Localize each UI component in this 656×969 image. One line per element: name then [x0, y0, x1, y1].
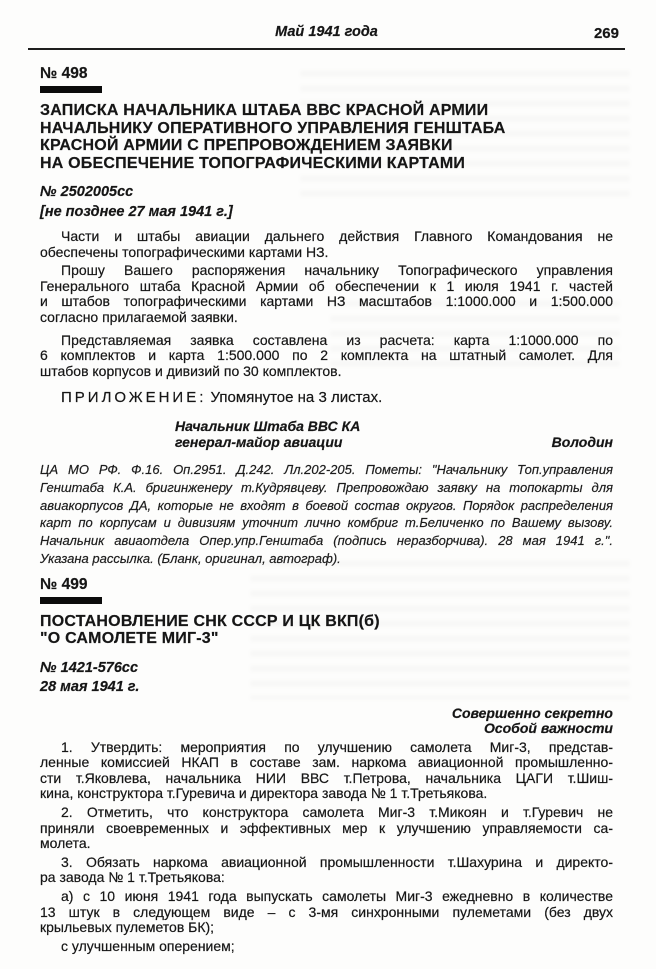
text-line: согласно прилагаемой заявки.	[40, 310, 613, 326]
document-body: 1. Утвердить: мероприятия по улучшению с…	[40, 740, 613, 955]
text-line: с улучшенным оперением;	[40, 939, 613, 955]
document-ref-number: № 2502005сс	[40, 183, 613, 203]
document-body: Части и штабы авиации дальнего действия …	[40, 229, 613, 379]
running-head-month: Май 1941 года	[40, 24, 613, 40]
text-line: НАЧАЛЬНИКУ ОПЕРАТИВНОГО УПРАВЛЕНИЯ ГЕНШТ…	[40, 120, 613, 138]
text-line: обеспечены топографическими картами НЗ.	[40, 245, 613, 261]
text-line: 13 штук в следующем виде – с 3-мя синхро…	[40, 905, 613, 921]
document-number-bar	[40, 597, 102, 604]
paragraph: 1. Утвердить: мероприятия по улучшению с…	[40, 740, 613, 802]
text-line: авиакорпусов ДА, которые не входят в бое…	[40, 497, 613, 515]
text-line: генерал-майор авиации	[175, 435, 613, 451]
text-line: ЗАПИСКА НАЧАЛЬНИКА ШТАБА ВВС КРАСНОЙ АРМ…	[40, 102, 613, 120]
text-line: Представляемая заявка составлена из расч…	[40, 333, 613, 349]
document-title: ЗАПИСКА НАЧАЛЬНИКА ШТАБА ВВС КРАСНОЙ АРМ…	[40, 102, 613, 172]
paragraph: а) с 10 июня 1941 года выпускать самолет…	[40, 889, 613, 936]
signature-position-lines: Начальник Штаба ВВС КАгенерал-майор авиа…	[175, 419, 613, 450]
text-line: приняли своевременных и эффективных мер …	[40, 821, 613, 837]
text-line: крыльевых пулеметов БК);	[40, 920, 613, 936]
text-line: и штабов топографическими картами НЗ мас…	[40, 294, 613, 310]
text-line: Начальник авиаотдела Опер.упр.Генштаба (…	[40, 532, 613, 550]
document-ref-number: № 1421-576сс	[40, 659, 613, 679]
text-line: ЦА МО РФ. Ф.16. Оп.2951. Д.242. Лл.202-2…	[40, 461, 613, 479]
text-line: Генерального штаба Красной Армии об обес…	[40, 279, 613, 295]
page-number: 269	[594, 25, 619, 42]
text-line: Части и штабы авиации дальнего действия …	[40, 229, 613, 245]
text-line: Начальник Штаба ВВС КА	[175, 419, 613, 435]
text-line: Генштаба К.А. бригинженеру т.Кудрявцеву.…	[40, 479, 613, 497]
paragraph: Представляемая заявка составлена из расч…	[40, 333, 613, 380]
text-line: КРАСНОЙ АРМИИ С ПРЕПРОВОЖДЕНИЕМ ЗАЯВКИ	[40, 137, 613, 155]
text-line: НА ОБЕСПЕЧЕНИЕ ТОПОГРАФИЧЕСКИМИ КАРТАМИ	[40, 155, 613, 173]
document-number-label: № 499	[40, 576, 613, 594]
paragraph: Прошу Вашего распоряжения начальнику Топ…	[40, 263, 613, 325]
text-line: молета.	[40, 836, 613, 852]
text-line: Совершенно секретно	[40, 706, 613, 722]
page-content: Май 1941 года 269 № 498 ЗАПИСКА НАЧАЛЬНИ…	[40, 24, 613, 954]
text-line: 2. Отметить, что конструктора самолета М…	[40, 805, 613, 821]
archive-reference-note: ЦА МО РФ. Ф.16. Оп.2951. Д.242. Лл.202-2…	[40, 461, 613, 567]
attachment-text: Упомянутое на 3 листах.	[206, 389, 382, 406]
attachment-label: ПРИЛОЖЕНИЕ:	[61, 389, 206, 406]
text-line: Прошу Вашего распоряжения начальнику Топ…	[40, 263, 613, 279]
document-date-note: [не позднее 27 мая 1941 г.]	[40, 203, 613, 223]
text-line: ра завода № 1 т.Третьякова:	[40, 870, 613, 886]
text-line: 6 комплектов и карта 1:500.000 по 2 комп…	[40, 348, 613, 364]
text-line: а) с 10 июня 1941 года выпускать самолет…	[40, 889, 613, 905]
text-line: ленные комиссией НКАП в составе зам. нар…	[40, 755, 613, 771]
text-line: "О САМОЛЕТЕ МИГ-3"	[40, 630, 613, 648]
text-line: ПОСТАНОВЛЕНИЕ СНК СССР И ЦК ВКП(б)	[40, 613, 613, 631]
paragraph: 2. Отметить, что конструктора самолета М…	[40, 805, 613, 852]
signature-name: Володин	[552, 435, 613, 451]
attachment-line: ПРИЛОЖЕНИЕ: Упомянутое на 3 листах.	[40, 389, 613, 406]
signature-block: Начальник Штаба ВВС КАгенерал-майор авиа…	[175, 419, 613, 450]
text-line: карт по корпусам и дивизиям уточнит личн…	[40, 514, 613, 532]
document-date: 28 мая 1941 г.	[40, 678, 613, 698]
document-499: № 499 ПОСТАНОВЛЕНИЕ СНК СССР И ЦК ВКП(б)…	[40, 576, 613, 955]
paragraph: Части и штабы авиации дальнего действия …	[40, 229, 613, 260]
classification-stamp: Совершенно секретноОсобой важности	[40, 706, 613, 737]
document-meta: № 1421-576сс 28 мая 1941 г.	[40, 659, 613, 698]
text-line: штабов корпусов и дивизий по 30 комплект…	[40, 364, 613, 380]
text-line: Указана рассылка. (Бланк, оригинал, авто…	[40, 550, 613, 568]
paragraph: с улучшенным оперением;	[40, 939, 613, 955]
text-line: Особой важности	[40, 721, 613, 737]
text-line: 1. Утвердить: мероприятия по улучшению с…	[40, 740, 613, 756]
text-line: 3. Обязать наркома авиационной промышлен…	[40, 855, 613, 871]
scanned-document-page: Май 1941 года 269 № 498 ЗАПИСКА НАЧАЛЬНИ…	[0, 0, 656, 969]
document-title: ПОСТАНОВЛЕНИЕ СНК СССР И ЦК ВКП(б)"О САМ…	[40, 613, 613, 648]
document-498: № 498 ЗАПИСКА НАЧАЛЬНИКА ШТАБА ВВС КРАСН…	[40, 65, 613, 568]
document-meta: № 2502005сс [не позднее 27 мая 1941 г.]	[40, 183, 613, 222]
document-number-bar	[40, 86, 102, 93]
header-rule	[28, 48, 625, 50]
paragraph: 3. Обязать наркома авиационной промышлен…	[40, 855, 613, 886]
text-line: кина, конструктора т.Гуревича и директор…	[40, 786, 613, 802]
text-line: сти т.Яковлева, начальника НИИ ВВС т.Пет…	[40, 771, 613, 787]
page-header: Май 1941 года 269	[40, 24, 613, 44]
document-number-label: № 498	[40, 65, 613, 83]
